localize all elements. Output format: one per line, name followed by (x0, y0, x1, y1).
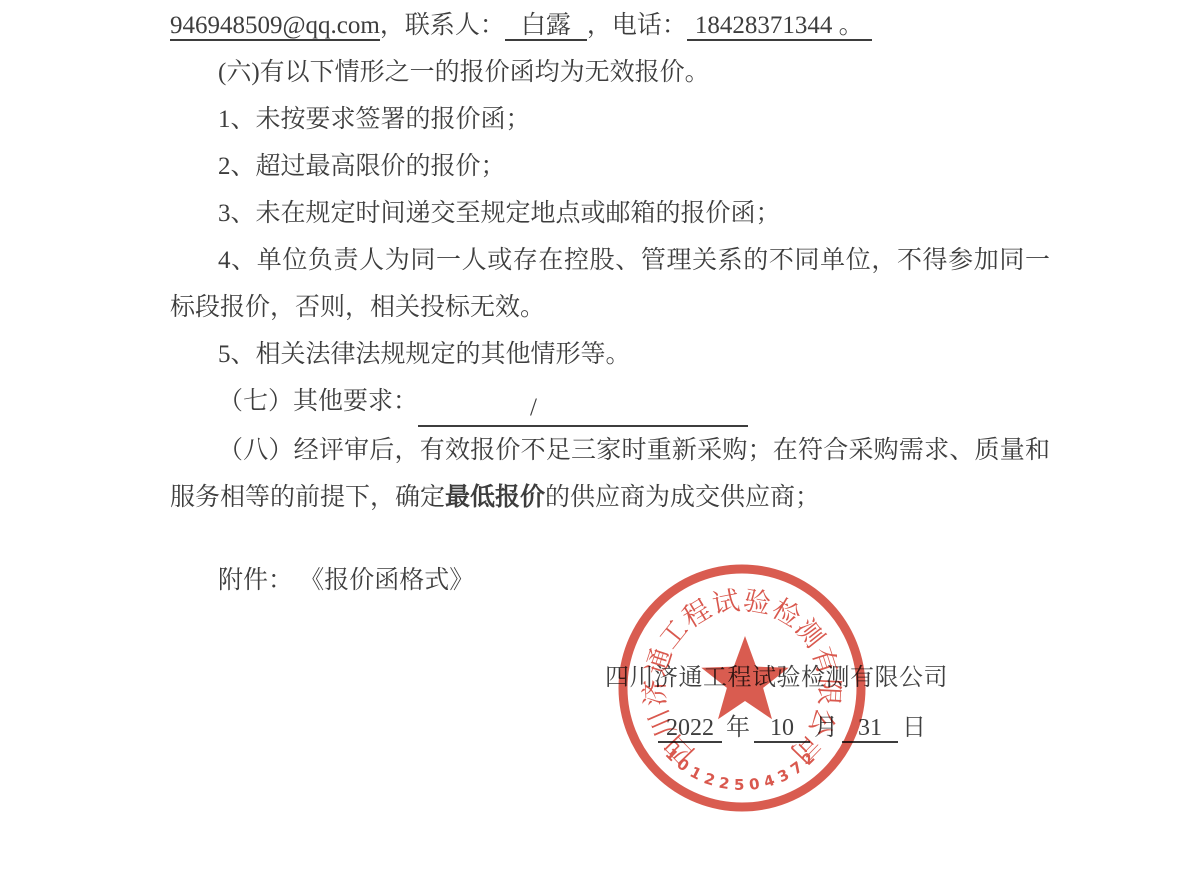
section-seven-line: （七）其他要求：/ (170, 378, 1050, 427)
section-six-item-5: 5、相关法律法规规定的其他情形等。 (170, 331, 1050, 378)
contact-phone: 18428371344 。 (687, 12, 872, 41)
document-page: 946948509@qq.com，联系人：白露，电话：18428371344 。… (0, 0, 1191, 870)
contact-line: 946948509@qq.com，联系人：白露，电话：18428371344 。 (170, 2, 1050, 49)
section-six-item-3: 3、未在规定时间递交至规定地点或邮箱的报价函； (170, 190, 1050, 237)
section-six-item-4: 4、单位负责人为同一人或存在控股、管理关系的不同单位，不得参加同一标段报价，否则… (170, 237, 1050, 331)
section-eight-paragraph: （八）经评审后，有效报价不足三家时重新采购；在符合采购需求、质量和服务相等的前提… (170, 427, 1050, 521)
section-six-item-1: 1、未按要求签署的报价函； (170, 96, 1050, 143)
section-six-heading: (六)有以下情形之一的报价函均为无效报价。 (170, 49, 1050, 96)
section-seven-label: （七）其他要求： (218, 388, 418, 415)
phone-label: ，电话： (587, 12, 687, 39)
section-six-item-2: 2、超过最高限价的报价； (170, 143, 1050, 190)
section-eight-bold-term: 最低报价 (445, 484, 545, 511)
section-eight-text-after: 的供应商为成交供应商； (545, 484, 820, 511)
contact-name: 白露 (505, 12, 587, 41)
company-seal-stamp-icon: 四川济通工程试验检测有限公司 5101225043723 (608, 554, 876, 822)
seal-star-icon (701, 636, 788, 719)
contact-label: ，联系人： (380, 12, 505, 39)
section-seven-blank-field: / (418, 391, 748, 427)
date-day-label: 日 (898, 715, 930, 741)
contact-email: 946948509@qq.com (170, 12, 380, 41)
document-body: 946948509@qq.com，联系人：白露，电话：18428371344 。… (170, 2, 1050, 604)
